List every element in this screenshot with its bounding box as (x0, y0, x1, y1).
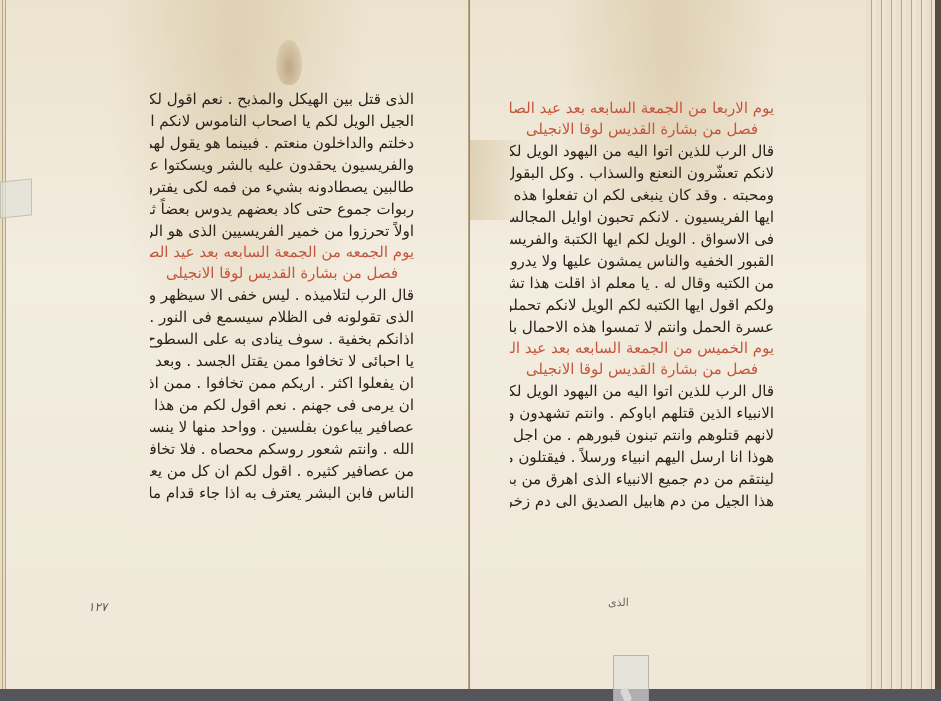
text-line: الذى تقولونه فى الظلام سيسمع فى النور . … (150, 306, 414, 328)
mounting-tape (613, 655, 649, 701)
rubric-heading: يوم الخميس من الجمعة السابعه بعد عيد الص… (510, 338, 774, 359)
text-line: الانبياء الذين قتلهم اباوكم . وانتم تشهد… (510, 402, 774, 424)
text-line: ان يفعلوا اكثر . اريكم ممن تخافوا . ممن … (150, 372, 414, 394)
rubric-heading: يوم الاربعا من الجمعة السابعه بعد عيد ال… (510, 98, 774, 119)
text-line: قال الرب للذين اتوا اليه من اليهود الويل… (510, 140, 774, 162)
folio-number: ١٢٧ (88, 600, 107, 614)
rubric-heading: فصل من بشارة القديس لوقا الانجيلى (150, 263, 414, 284)
right-text-block: يوم الاربعا من الجمعة السابعه بعد عيد ال… (510, 98, 774, 512)
text-line: يا احبائى لا تخافوا ممن يقتل الجسد . وبع… (150, 350, 414, 372)
right-page-edges (866, 0, 941, 689)
text-line: ولكم اقول ايها الكتبه لكم الويل لانكم تح… (510, 294, 774, 316)
text-line: والفريسيون يحقدون عليه بالشر ويسكتوا عن … (150, 154, 414, 176)
text-line: الذى قتل بين الهيكل والمذبح . نعم اقول ل… (150, 88, 414, 110)
catchword: الذى (608, 596, 629, 609)
text-line: من عصافير كثيره . اقول لكم ان كل من يعتر… (150, 460, 414, 482)
text-line: هوذا انا ارسل اليهم انبياء ورسلاً . فيقت… (510, 446, 774, 468)
text-line: من الكتبه وقال له . يا معلم اذ اقلت هذا … (510, 272, 774, 294)
text-line: لانهم قتلوهم وانتم تبنون قبورهم . من اجل… (510, 424, 774, 446)
text-line: اذانكم بخفية . سوف ينادى به على السطوح .… (150, 328, 414, 350)
text-line: القبور الخفيه والناس يمشون عليها ولا يدر… (510, 250, 774, 272)
mounting-tape (0, 178, 32, 218)
rubric-heading: فصل من بشارة القديس لوقا الانجيلى (510, 359, 774, 380)
text-line: فى الاسواق . الويل لكم ايها الكتبة والفر… (510, 228, 774, 250)
text-line: الناس فابن البشر يعترف به اذا جاء قدام م… (150, 482, 414, 504)
text-line: دخلتم والداخلون منعتم . فبينما هو يقول ل… (150, 132, 414, 154)
text-line: لانكم تعشّرون النعنع والسذاب . وكل البقو… (510, 162, 774, 184)
rubric-heading: يوم الجمعه من الجمعة السابعه بعد عيد الص… (150, 242, 414, 263)
book-cover-edge (935, 0, 941, 689)
text-line: عصافير يباعون بفلسين . وواحد منها لا ينس… (150, 416, 414, 438)
text-line: الله . وانتم شعور روسكم محصاه . فلا تخاف… (150, 438, 414, 460)
text-line: ان يرمى فى جهنم . نعم اقول لكم من هذا خا… (150, 394, 414, 416)
text-line: طالبين يصطادونه بشيء من فمه لكى يفتروا ع… (150, 176, 414, 198)
text-line: ايها الفريسيون . لانكم تحبون اوايل المجا… (510, 206, 774, 228)
text-line: اولاً تحرزوا من خمير الفريسيين الذى هو ا… (150, 220, 414, 242)
text-line: ومحبته . وقد كان ينبغى لكم ان تفعلوا هذه… (510, 184, 774, 206)
text-line: الجيل الويل لكم يا اصحاب الناموس لانكم ا… (150, 110, 414, 132)
text-line: هذا الجيل من دم هابيل الصديق الى دم زخري… (510, 490, 774, 512)
left-text-block: الذى قتل بين الهيكل والمذبح . نعم اقول ل… (150, 88, 414, 504)
text-line: قال الرب لتلاميذه . ليس خفى الا سيظهر ول… (150, 284, 414, 306)
rubric-heading: فصل من بشارة القديس لوقا الانجيلى (510, 119, 774, 140)
text-line: ربوات جموع حتى كاد بعضهم يدوس بعضاً ثم ا… (150, 198, 414, 220)
manuscript-spread: الذى قتل بين الهيكل والمذبح . نعم اقول ل… (0, 0, 941, 689)
text-line: لينتقم من دم جميع الانبياء الذى اهرق من … (510, 468, 774, 490)
text-line: قال الرب للذين اتوا اليه من اليهود الويل… (510, 380, 774, 402)
text-line: عسرة الحمل وانتم لا تمسوا هذه الاحمال با… (510, 316, 774, 338)
water-stain (276, 40, 302, 85)
